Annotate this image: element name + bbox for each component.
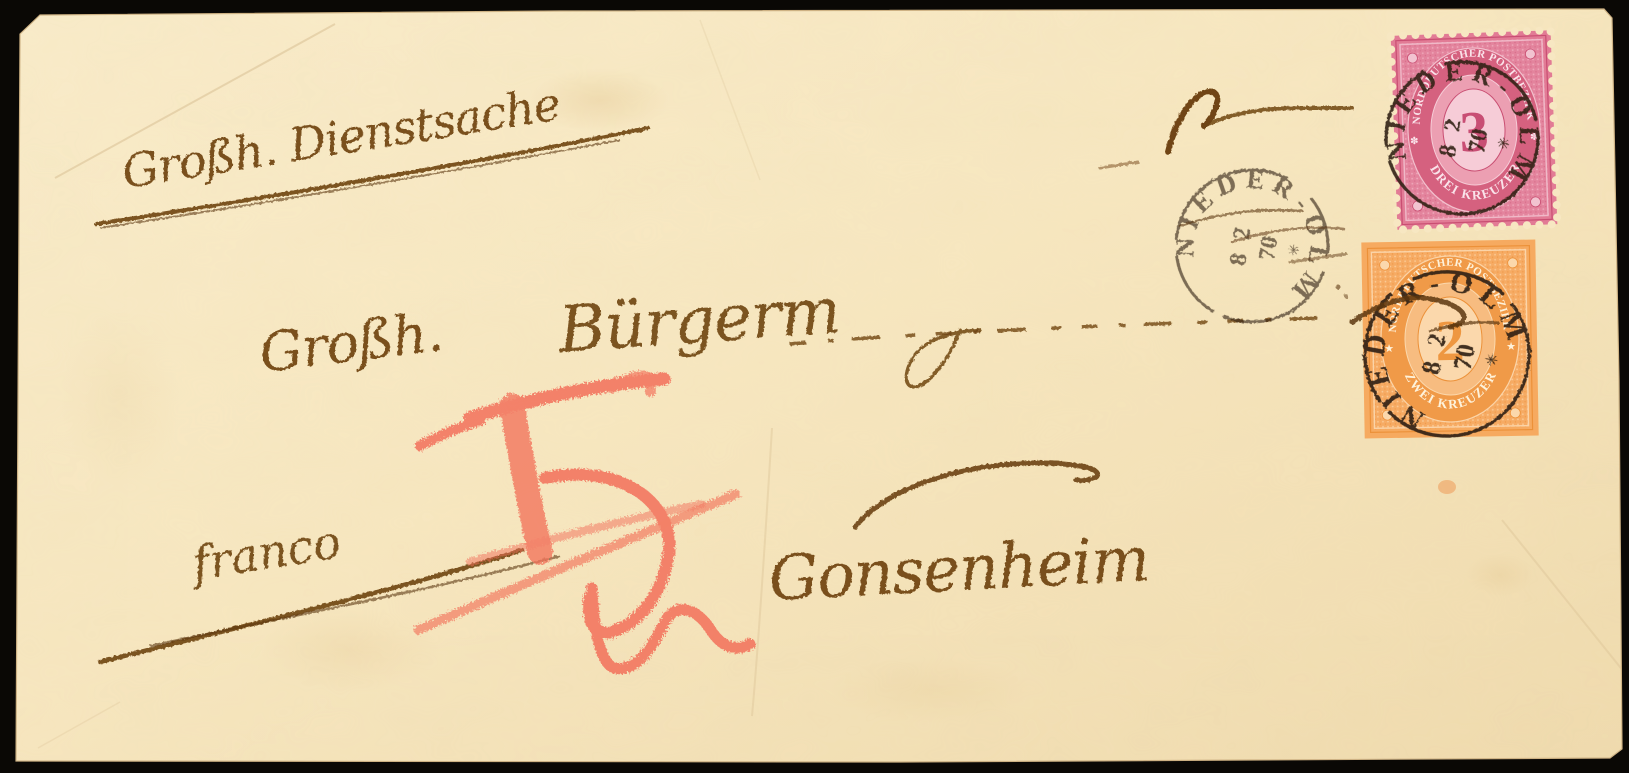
band-ornament-left: ✽ xyxy=(1410,136,1419,147)
orange-spot xyxy=(1438,480,1456,494)
photo-frame: Großh. Dienstsache Großh. Bürgerm franco… xyxy=(0,0,1629,773)
svg-text:70: 70 xyxy=(1448,342,1481,373)
svg-text:70: 70 xyxy=(1464,127,1494,155)
svg-text:70: 70 xyxy=(1254,235,1283,262)
cover-photo: Großh. Dienstsache Großh. Bürgerm franco… xyxy=(0,0,1629,773)
postmark-ornament: ✳ xyxy=(1286,243,1304,258)
